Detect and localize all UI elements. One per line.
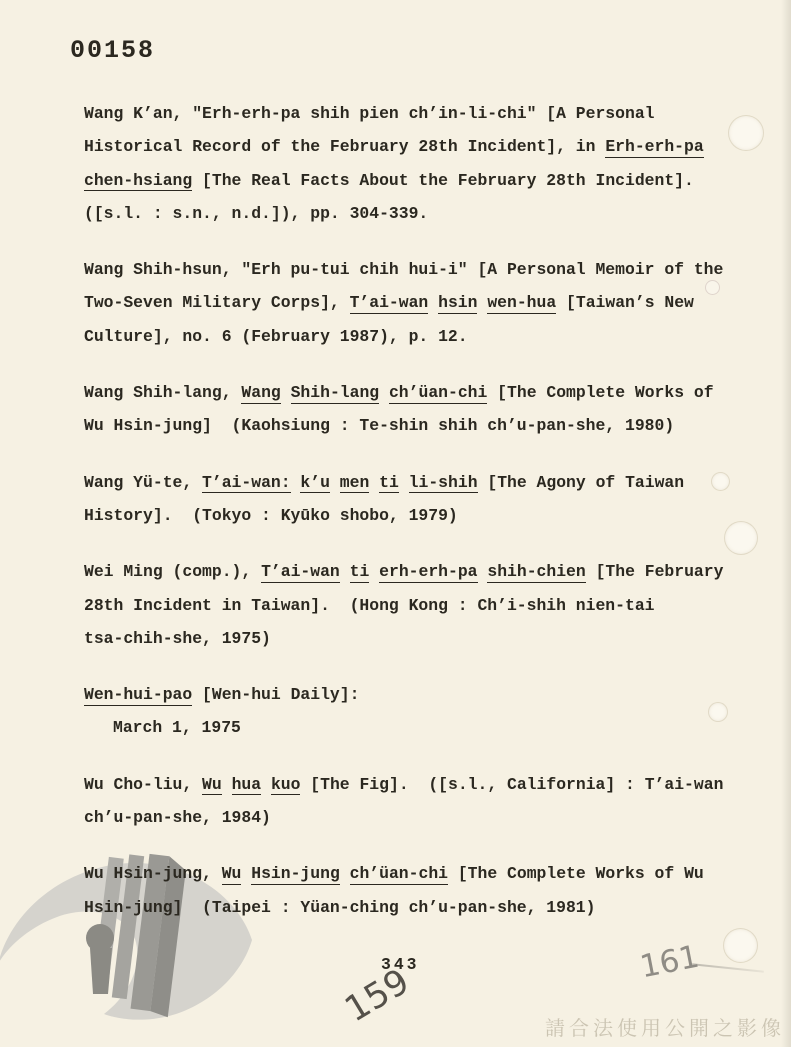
- bibliography-line: History]. (Tokyo : Kyūko shobo, 1979): [84, 499, 749, 532]
- text-segment: [Taiwan’s New: [556, 293, 694, 312]
- text-segment: [The Real Facts About the February 28th …: [192, 171, 694, 190]
- punch-hole: [725, 522, 757, 554]
- underlined-title-segment: Wu: [202, 775, 222, 796]
- underlined-title-segment: T’ai-wan: [350, 293, 429, 314]
- bibliography-line: Two-Seven Military Corps], T’ai-wan hsin…: [84, 286, 749, 319]
- text-segment: Wang Shih-hsun, "Erh pu-tui chih hui-i" …: [84, 260, 723, 279]
- underlined-title-segment: shih-chien: [487, 562, 585, 583]
- underlined-title-segment: Shih-lang: [291, 383, 380, 404]
- text-segment: Wu Cho-liu,: [84, 775, 202, 794]
- text-segment: [379, 383, 389, 402]
- text-segment: [369, 473, 379, 492]
- bibliography-entry: Wu Cho-liu, Wu hua kuo [The Fig]. ([s.l.…: [84, 768, 749, 835]
- text-segment: [281, 383, 291, 402]
- bibliography-line: ch’u-pan-she, 1984): [84, 801, 749, 834]
- underlined-title-segment: ch’üan-chi: [350, 864, 448, 885]
- text-segment: [428, 293, 438, 312]
- bibliography: Wang K’an, "Erh-erh-pa shih pien ch’in-l…: [84, 97, 749, 947]
- copyright-watermark: 請合法使用公開之影像: [545, 1012, 785, 1041]
- underlined-title-segment: Wu: [222, 864, 242, 885]
- bibliography-line: Wang Shih-lang, Wang Shih-lang ch’üan-ch…: [84, 376, 749, 409]
- text-segment: Culture], no. 6 (February 1987), p. 12.: [84, 327, 468, 346]
- text-segment: [222, 775, 232, 794]
- underlined-title-segment: wen-hua: [487, 293, 556, 314]
- bibliography-entry: Wang Yü-te, T’ai-wan: k’u men ti li-shih…: [84, 466, 749, 533]
- bibliography-line: Historical Record of the February 28th I…: [84, 130, 749, 163]
- text-segment: Wu Hsin-jung] (Kaohsiung : Te-shin shih …: [84, 416, 674, 435]
- bibliography-entry: Wen-hui-pao [Wen-hui Daily]:March 1, 197…: [84, 678, 749, 745]
- text-segment: [The February: [586, 562, 724, 581]
- underlined-title-segment: Wen-hui-pao: [84, 685, 192, 706]
- underlined-title-segment: ch’üan-chi: [389, 383, 487, 404]
- punch-hole: [706, 281, 719, 294]
- text-segment: Wu Hsin-jung,: [84, 864, 222, 883]
- punch-hole: [709, 703, 727, 721]
- bibliography-entry: Wang Shih-hsun, "Erh pu-tui chih hui-i" …: [84, 253, 749, 353]
- bibliography-line: Wu Hsin-jung] (Kaohsiung : Te-shin shih …: [84, 409, 749, 442]
- scan-number: 00158: [70, 36, 155, 65]
- text-segment: [478, 562, 488, 581]
- underlined-title-segment: T’ai-wan: [261, 562, 340, 583]
- underlined-title-segment: T’ai-wan:: [202, 473, 291, 494]
- text-segment: Wang Shih-lang,: [84, 383, 241, 402]
- pencil-stroke: [692, 963, 764, 972]
- underlined-title-segment: k’u: [300, 473, 330, 494]
- bibliography-line: Wu Cho-liu, Wu hua kuo [The Fig]. ([s.l.…: [84, 768, 749, 801]
- text-segment: [369, 562, 379, 581]
- page-edge-shade: [781, 0, 791, 1047]
- bibliography-line: Wen-hui-pao [Wen-hui Daily]:: [84, 678, 749, 711]
- underlined-title-segment: hsin: [438, 293, 477, 314]
- bibliography-line: ([s.l. : s.n., n.d.]), pp. 304-339.: [84, 197, 749, 230]
- text-segment: Hsin-jung] (Taipei : Yüan-ching ch’u-pan…: [84, 898, 595, 917]
- bibliography-line: Wu Hsin-jung, Wu Hsin-jung ch’üan-chi [T…: [84, 857, 749, 890]
- text-segment: March 1, 1975: [113, 718, 241, 737]
- bibliography-line: tsa-chih-she, 1975): [84, 622, 749, 655]
- underlined-title-segment: Wang: [241, 383, 280, 404]
- bibliography-entry: Wu Hsin-jung, Wu Hsin-jung ch’üan-chi [T…: [84, 857, 749, 924]
- text-segment: [The Agony of Taiwan: [478, 473, 685, 492]
- underlined-title-segment: ti: [379, 473, 399, 494]
- text-segment: History]. (Tokyo : Kyūko shobo, 1979): [84, 506, 458, 525]
- bibliography-line: chen-hsiang [The Real Facts About the Fe…: [84, 164, 749, 197]
- text-segment: [477, 293, 487, 312]
- underlined-title-segment: erh-erh-pa: [379, 562, 477, 583]
- bibliography-line: March 1, 1975: [84, 711, 749, 744]
- underlined-title-segment: Hsin-jung: [251, 864, 340, 885]
- text-segment: 28th Incident in Taiwan]. (Hong Kong : C…: [84, 596, 655, 615]
- bibliography-line: Wang Shih-hsun, "Erh pu-tui chih hui-i" …: [84, 253, 749, 286]
- punch-hole: [724, 929, 757, 962]
- underlined-title-segment: kuo: [271, 775, 301, 796]
- text-segment: [399, 473, 409, 492]
- text-segment: [291, 473, 301, 492]
- text-segment: ([s.l. : s.n., n.d.]), pp. 304-339.: [84, 204, 428, 223]
- bibliography-entry: Wang Shih-lang, Wang Shih-lang ch’üan-ch…: [84, 376, 749, 443]
- bibliography-line: Wang Yü-te, T’ai-wan: k’u men ti li-shih…: [84, 466, 749, 499]
- underlined-title-segment: men: [340, 473, 370, 494]
- text-segment: [The Complete Works of: [487, 383, 713, 402]
- underlined-title-segment: ti: [350, 562, 370, 583]
- punch-hole: [712, 473, 729, 490]
- text-segment: [330, 473, 340, 492]
- bibliography-line: Culture], no. 6 (February 1987), p. 12.: [84, 320, 749, 353]
- bibliography-line: 28th Incident in Taiwan]. (Hong Kong : C…: [84, 589, 749, 622]
- text-segment: Two-Seven Military Corps],: [84, 293, 350, 312]
- underlined-title-segment: Erh-erh-pa: [605, 137, 703, 158]
- text-segment: [241, 864, 251, 883]
- text-segment: [Wen-hui Daily]:: [192, 685, 359, 704]
- bibliography-line: Hsin-jung] (Taipei : Yüan-ching ch’u-pan…: [84, 891, 749, 924]
- underlined-title-segment: li-shih: [409, 473, 478, 494]
- text-segment: Wei Ming (comp.),: [84, 562, 261, 581]
- bibliography-entry: Wei Ming (comp.), T’ai-wan ti erh-erh-pa…: [84, 555, 749, 655]
- bibliography-line: Wang K’an, "Erh-erh-pa shih pien ch’in-l…: [84, 97, 749, 130]
- text-segment: Historical Record of the February 28th I…: [84, 137, 605, 156]
- text-segment: Wang Yü-te,: [84, 473, 202, 492]
- bibliography-line: Wei Ming (comp.), T’ai-wan ti erh-erh-pa…: [84, 555, 749, 588]
- text-segment: [The Complete Works of Wu: [448, 864, 704, 883]
- text-segment: [The Fig]. ([s.l., California] : T’ai-wa…: [300, 775, 723, 794]
- text-segment: [340, 864, 350, 883]
- underlined-title-segment: chen-hsiang: [84, 171, 192, 192]
- text-segment: ch’u-pan-she, 1984): [84, 808, 271, 827]
- bibliography-entry: Wang K’an, "Erh-erh-pa shih pien ch’in-l…: [84, 97, 749, 230]
- text-segment: Wang K’an, "Erh-erh-pa shih pien ch’in-l…: [84, 104, 655, 123]
- underlined-title-segment: hua: [232, 775, 262, 796]
- scanned-document-page: 00158 Wang K’an, "Erh-erh-pa shih pien c…: [0, 0, 791, 1047]
- text-segment: [340, 562, 350, 581]
- text-segment: [261, 775, 271, 794]
- text-segment: tsa-chih-she, 1975): [84, 629, 271, 648]
- punch-hole: [729, 116, 763, 150]
